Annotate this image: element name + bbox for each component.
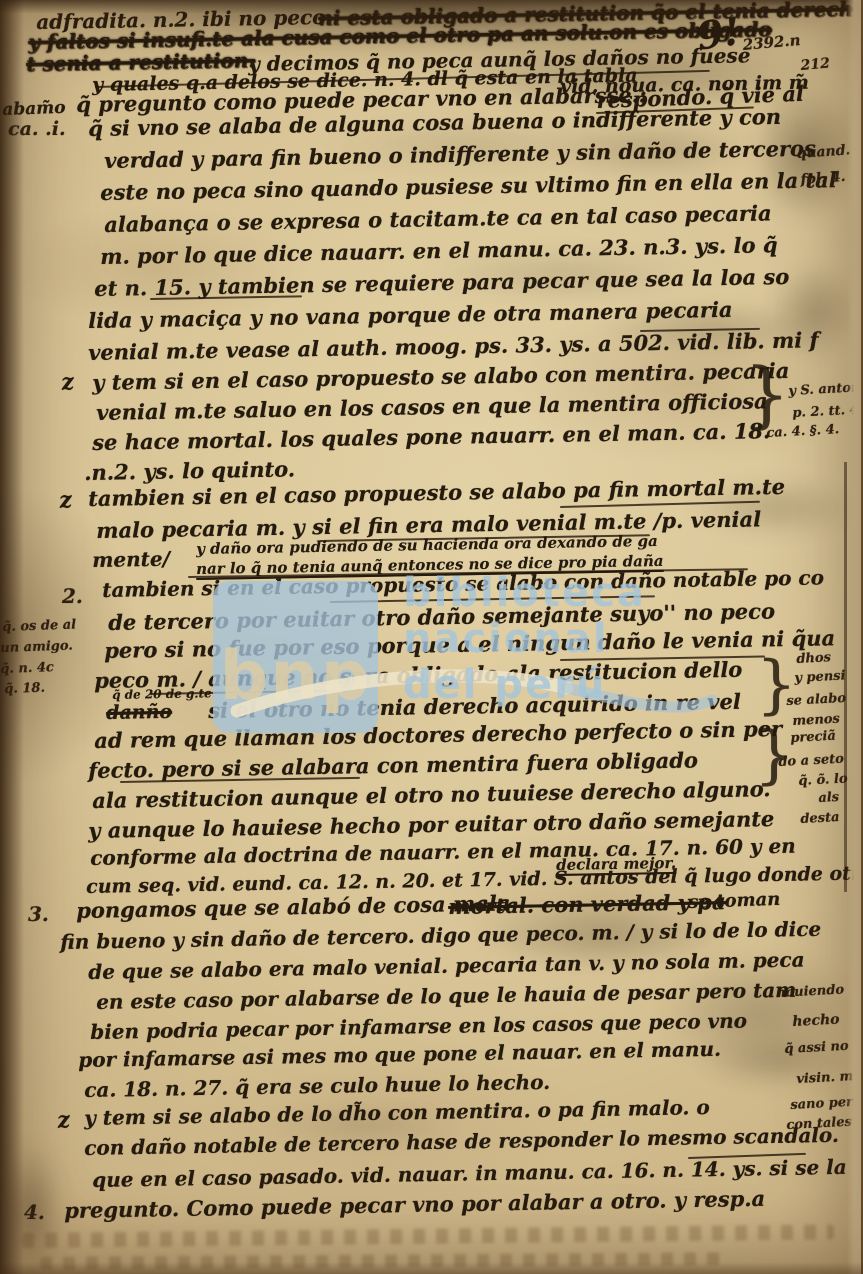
margin-note: preciã bbox=[790, 729, 836, 746]
margin-note: quand. bbox=[796, 142, 851, 162]
margin-note: q̃. õ. lo bbox=[798, 771, 848, 789]
manuscript-line: pregunto. Como puede pecar vno por alaba… bbox=[64, 1186, 765, 1223]
manuscript-line: z bbox=[58, 487, 73, 514]
margin-note: un amigo. bbox=[0, 638, 73, 656]
margin-note: 2392.n bbox=[742, 31, 801, 54]
margin-note: als bbox=[818, 790, 839, 806]
margin-note: q̃. n. 4c bbox=[0, 660, 54, 677]
margin-note: q̃. 18. bbox=[4, 681, 45, 697]
manuscript-line: con daño notable de tercero hase de resp… bbox=[84, 1123, 839, 1160]
margin-note: do a seto bbox=[778, 752, 844, 770]
manuscript-line: lida y maciça y no vana porque de otra m… bbox=[88, 297, 733, 333]
manuscript-line: abam̃o bbox=[2, 98, 66, 120]
margin-note: y pensi bbox=[794, 668, 846, 686]
margin-note: y S. anton. bbox=[788, 380, 863, 399]
manuscript-page: adfradita. n.2. ibi no peco.ni esta obli… bbox=[0, 0, 863, 1274]
manuscript-line: ca. 18. n. 27. q̃ era se culo huue lo he… bbox=[84, 1070, 550, 1102]
manuscript-line: et n. 15. y tambien se requiere para pec… bbox=[94, 264, 789, 301]
margin-note: 2. bbox=[62, 584, 83, 608]
manuscript-line: alabança o se expresa o tacitam.te ca en… bbox=[104, 200, 772, 237]
manuscript-line: este no peca sino quando pusiese su vlti… bbox=[100, 167, 837, 205]
manuscript-line: declara mejor. bbox=[556, 854, 676, 874]
margin-note: ca. .i. bbox=[8, 118, 66, 140]
margin-note: hauiendo bbox=[776, 982, 844, 1001]
margin-note: menos bbox=[792, 712, 840, 729]
manuscript-line: mortal. con verdad y pa bbox=[448, 889, 726, 919]
bleed-through-line bbox=[40, 1252, 730, 1270]
manuscript-line: fecto. pero si se alabara con mentira fu… bbox=[88, 747, 698, 783]
manuscript-line: z bbox=[60, 369, 75, 396]
margin-note: q̃ assi no bbox=[784, 1039, 849, 1057]
manuscript-line: se toman bbox=[688, 889, 781, 913]
manuscript-line: verdad y para fin bueno o indifferente y… bbox=[104, 136, 816, 173]
bleed-through-line bbox=[22, 1224, 834, 1248]
margin-note: 4. bbox=[24, 1200, 45, 1224]
margin-note: sano pero bbox=[790, 1094, 862, 1113]
margin-note: visin. m. bbox=[796, 1069, 858, 1087]
margin-note: dhos bbox=[796, 650, 831, 667]
margin-note: desta bbox=[800, 810, 840, 827]
handwriting-layer: adfradita. n.2. ibi no peco.ni esta obli… bbox=[0, 0, 863, 1274]
margin-note: fol. 4. bbox=[800, 169, 846, 188]
margin-note: p. 2. tt. 4. bbox=[792, 402, 863, 421]
margin-note: 3. bbox=[28, 902, 49, 926]
manuscript-line: z bbox=[56, 1107, 71, 1134]
manuscript-line: } bbox=[756, 648, 797, 722]
manuscript-line: m. por lo que dice nauarr. en el manu. c… bbox=[100, 232, 778, 269]
ink-vertical-rule bbox=[844, 462, 847, 892]
manuscript-line: .n.2. ys. lo quinto. bbox=[84, 456, 295, 485]
manuscript-line: mente/ bbox=[92, 547, 170, 572]
manuscript-line: se hace mortal. los quales pone nauarr. … bbox=[92, 418, 771, 455]
manuscript-line: danño bbox=[106, 701, 172, 724]
margin-note: q̃. os de al bbox=[2, 617, 76, 635]
margin-note: hecho bbox=[792, 1012, 840, 1030]
manuscript-line: } bbox=[744, 352, 790, 436]
